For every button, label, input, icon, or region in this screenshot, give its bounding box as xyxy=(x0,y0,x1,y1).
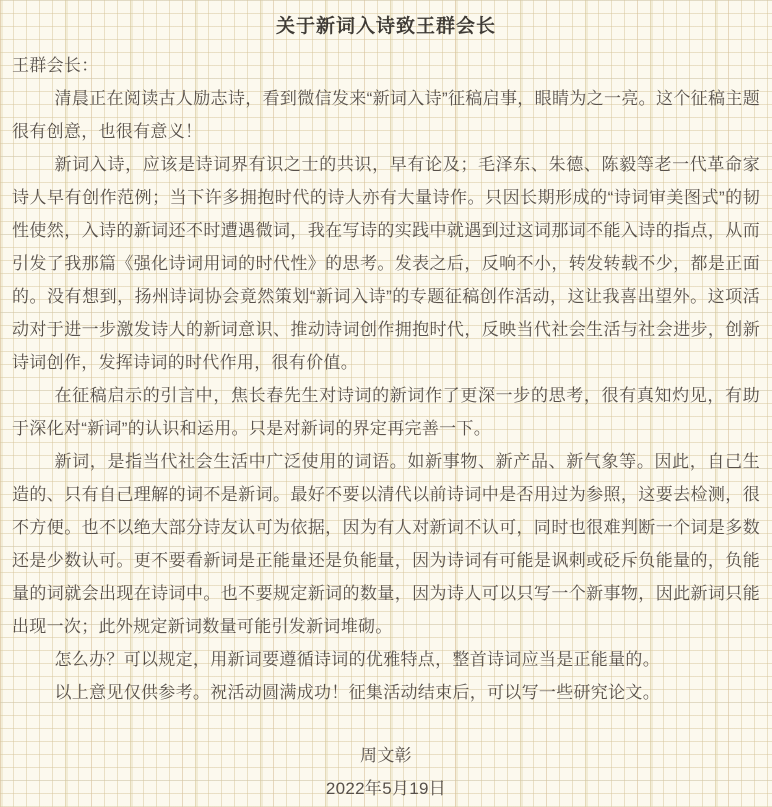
letter-paragraph-6: 以上意见仅供参考。祝活动圆满成功！征集活动结束后，可以写一些研究论文。 xyxy=(12,676,760,709)
signature-block: 周文彰 2022年5月19日 xyxy=(12,739,760,805)
letter-title: 关于新词入诗致王群会长 xyxy=(12,14,760,40)
signature-date: 2022年5月19日 xyxy=(12,772,760,805)
letter-paragraph-2: 新词入诗，应该是诗词界有识之士的共识，早有论及；毛泽东、朱德、陈毅等老一代革命家… xyxy=(12,148,760,379)
letter-paragraph-3: 在征稿启示的引言中，焦长春先生对诗词的新词作了更深一步的思考，很有真知灼见，有助… xyxy=(12,379,760,445)
signature-name: 周文彰 xyxy=(12,739,760,772)
letter-paragraph-4: 新词，是指当代社会生活中广泛使用的词语。如新事物、新产品、新气象等。因此，自己生… xyxy=(12,445,760,643)
letter-page: 关于新词入诗致王群会长 王群会长： 清晨正在阅读古人励志诗，看到微信发来“新词入… xyxy=(0,0,772,807)
letter-body: 王群会长： 清晨正在阅读古人励志诗，看到微信发来“新词入诗”征稿启事，眼睛为之一… xyxy=(12,49,760,805)
salutation: 王群会长： xyxy=(12,49,760,82)
letter-paragraph-1: 清晨正在阅读古人励志诗，看到微信发来“新词入诗”征稿启事，眼睛为之一亮。这个征稿… xyxy=(12,82,760,148)
letter-paragraph-5: 怎么办？可以规定，用新词要遵循诗词的优雅特点，整首诗词应当是正能量的。 xyxy=(12,643,760,676)
